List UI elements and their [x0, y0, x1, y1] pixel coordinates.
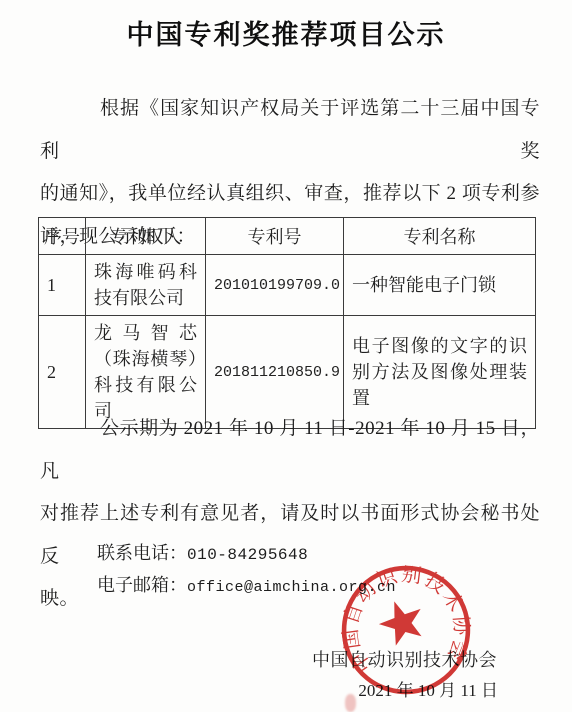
cell-index: 1 [39, 255, 86, 316]
contact-email-line: 电子邮箱：office@aimchina.org.cn [97, 574, 396, 606]
col-header-number: 专利号 [206, 218, 344, 255]
col-header-name: 专利名称 [344, 218, 536, 255]
phone-number: 010-84295648 [187, 546, 308, 564]
cell-patent-name: 一种智能电子门锁 [344, 255, 536, 316]
page-title: 中国专利奖推荐项目公示 [0, 13, 572, 52]
contact-block: 联系电话：010-84295648 电子邮箱：office@aimchina.o… [97, 542, 396, 606]
seal-ink-smudge [345, 694, 356, 712]
notice-line: 公示期为 2021 年 10 月 11 日-2021 年 10 月 15 日，凡 [40, 408, 540, 493]
phone-label: 联系电话： [97, 543, 187, 563]
announcement-document: 中国专利奖推荐项目公示 根据《国家知识产权局关于评选第二十三届中国专利奖 的通知… [0, 0, 572, 712]
table-header-row: 序号 专利权人 专利号 专利名称 [39, 218, 536, 255]
intro-line: 的通知》，我单位经认真组织、审查，推荐以下 2 项专利参 [40, 173, 540, 216]
email-address: office@aimchina.org.cn [187, 579, 396, 596]
signature-date: 2021 年 10 月 11 日 [358, 676, 498, 701]
table-row: 1 珠海唯码科技有限公司 201010199709.0 一种智能电子门锁 [39, 255, 536, 316]
patent-table: 序号 专利权人 专利号 专利名称 1 珠海唯码科技有限公司 2010101997… [38, 217, 536, 429]
col-header-patentee: 专利权人 [86, 218, 206, 255]
intro-line: 根据《国家知识产权局关于评选第二十三届中国专利奖 [40, 88, 540, 173]
col-header-index: 序号 [39, 218, 86, 255]
email-label: 电子邮箱： [97, 575, 187, 595]
cell-patentee: 珠海唯码科技有限公司 [86, 255, 206, 316]
signature-organization: 中国自动识别技术协会 [312, 646, 497, 672]
cell-patent-number: 201010199709.0 [206, 255, 344, 316]
contact-phone-line: 联系电话：010-84295648 [97, 542, 396, 574]
